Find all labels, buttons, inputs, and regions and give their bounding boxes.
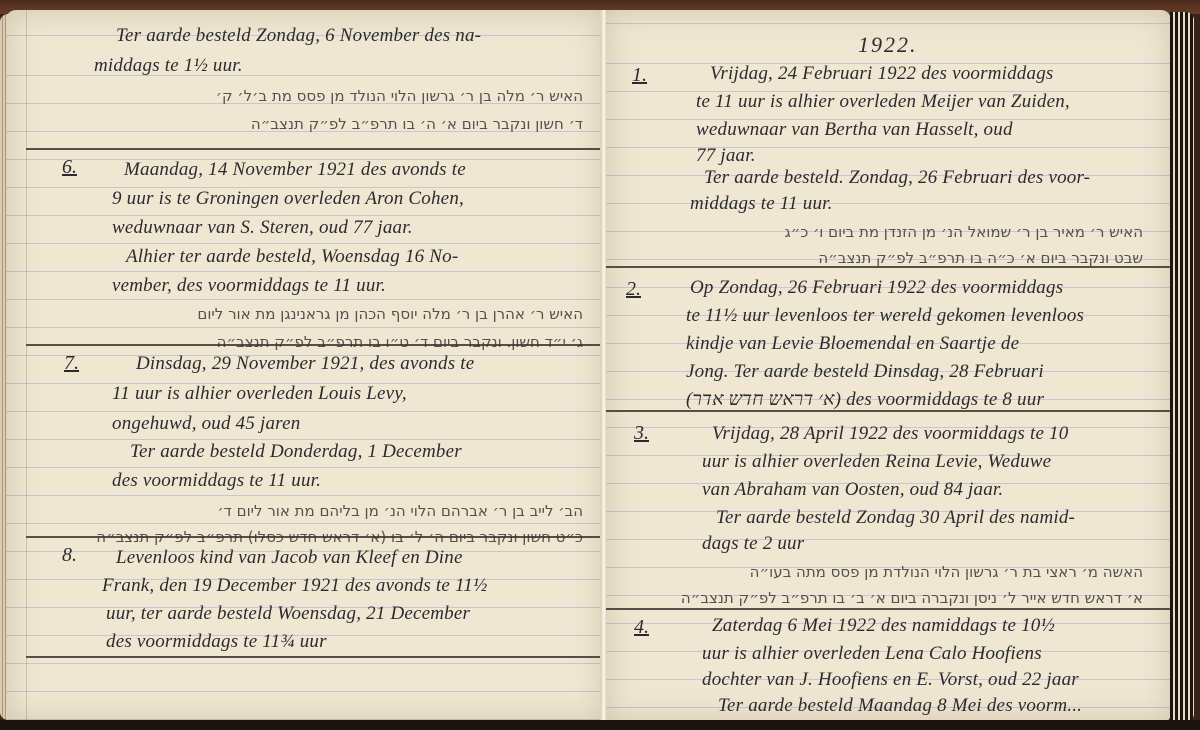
entry-line: Levenloos kind van Jacob van Kleef en Di… <box>116 544 463 572</box>
entry-number: 3. <box>634 422 649 445</box>
entry-line: Dinsdag, 29 November 1921, des avonds te <box>136 350 474 378</box>
hebrew-line: ד׳ חשון ונקבר ביום א׳ ה׳ בו תרפ״ב לפ״ק ת… <box>103 110 583 138</box>
entry-line: Alhier ter aarde besteld, Woensdag 16 No… <box>126 243 458 271</box>
entry-line: Ter aarde besteld Maandag 8 Mei des voor… <box>718 692 1082 720</box>
entry-line: Frank, den 19 December 1921 des avonds t… <box>102 572 487 600</box>
entry-line: Op Zondag, 26 Februari 1922 des voormidd… <box>690 274 1063 302</box>
entry-separator <box>26 656 603 658</box>
entry-line: Ter aarde besteld Zondag 30 April des na… <box>716 504 1075 532</box>
year-heading: 1922. <box>858 32 918 58</box>
right-page: 1922. 1. Vrijdag, 24 Februari 1922 des v… <box>606 10 1171 722</box>
entry-line: weduwnaar van S. Steren, oud 77 jaar. <box>112 214 413 242</box>
entry-line: ongehuwd, oud 45 jaren <box>112 410 300 438</box>
hebrew-line: האיש ר׳ אהרן בן ר׳ מלה יוסף הכהן מן גראנ… <box>23 300 583 328</box>
entry-line: des voormiddags te 11¾ uur <box>106 628 327 656</box>
continuation-line: middags te 1½ uur. <box>94 52 243 80</box>
hebrew-line: האשה מ׳ ראצי בת ר׳ גרשון הלוי הנולדת מן … <box>643 558 1143 586</box>
entry-separator <box>606 608 1171 610</box>
book-cover-bottom-edge <box>0 720 1200 730</box>
entry-line: des voormiddags te 11 uur. <box>112 467 321 495</box>
entry-line: van Abraham van Oosten, oud 84 jaar. <box>702 476 1003 504</box>
entry-line: te 11½ uur levenloos ter wereld gekomen … <box>686 302 1084 330</box>
entry-separator <box>26 344 603 346</box>
entry-line: Maandag, 14 November 1921 des avonds te <box>124 156 466 184</box>
entry-line: middags te 11 uur. <box>690 190 833 218</box>
entry-line: dags te 2 uur <box>702 530 804 558</box>
entry-line: Ter aarde besteld. Zondag, 26 Februari d… <box>704 164 1090 192</box>
entry-number: 7. <box>64 352 79 375</box>
entry-separator <box>26 536 603 538</box>
entry-line: weduwnaar van Bertha van Hasselt, oud <box>696 116 1013 144</box>
left-page: Ter aarde besteld Zondag, 6 November des… <box>6 10 603 722</box>
hebrew-line: הב׳ לייב בן ר׳ אברהם הלוי הנ׳ מן בליהם מ… <box>23 497 583 525</box>
entry-line: Jong. Ter aarde besteld Dinsdag, 28 Febr… <box>686 358 1044 386</box>
entry-number: 2. <box>626 278 641 301</box>
entry-line: dochter van J. Hoofiens en E. Vorst, oud… <box>702 666 1079 694</box>
entry-line: 11 uur is alhier overleden Louis Levy, <box>112 380 407 408</box>
entry-line: te 11 uur is alhier overleden Meijer van… <box>696 88 1070 116</box>
entry-number: 1. <box>632 64 647 87</box>
entry-separator <box>606 266 1171 268</box>
entry-separator <box>606 410 1171 412</box>
entry-separator <box>26 148 603 150</box>
hebrew-line: האיש ר׳ מלה בן ר׳ גרשון הלוי הנולד מן פס… <box>63 82 583 110</box>
continuation-line: Ter aarde besteld Zondag, 6 November des… <box>116 22 481 50</box>
entry-line: uur is alhier overleden Reina Levie, Wed… <box>702 448 1051 476</box>
entry-line: vember, des voormiddags te 11 uur. <box>112 272 386 300</box>
hebrew-line: האיש ר׳ מאיר בן ר׳ שמואל הנ׳ מן הזנדן מת… <box>673 218 1143 246</box>
entry-line: Vrijdag, 24 Februari 1922 des voormiddag… <box>710 60 1054 88</box>
entry-number: 6. <box>62 156 77 179</box>
entry-number: 4. <box>634 616 649 639</box>
entry-line: 9 uur is te Groningen overleden Aron Coh… <box>112 185 464 213</box>
entry-number: 8. <box>62 544 77 567</box>
left-margin-line <box>26 10 27 722</box>
open-ledger-book: Ter aarde besteld Zondag, 6 November des… <box>0 0 1200 730</box>
entry-line: uur, ter aarde besteld Woensdag, 21 Dece… <box>106 600 470 628</box>
entry-line: kindje van Levie Bloemendal en Saartje d… <box>686 330 1019 358</box>
entry-line: Zaterdag 6 Mei 1922 des namiddags te 10½ <box>712 612 1055 640</box>
entry-line: uur is alhier overleden Lena Calo Hoofie… <box>702 640 1042 668</box>
entry-line: Ter aarde besteld Donderdag, 1 December <box>130 438 462 466</box>
right-page-stack-edge <box>1170 12 1194 722</box>
entry-line: Vrijdag, 28 April 1922 des voormiddags t… <box>712 420 1068 448</box>
